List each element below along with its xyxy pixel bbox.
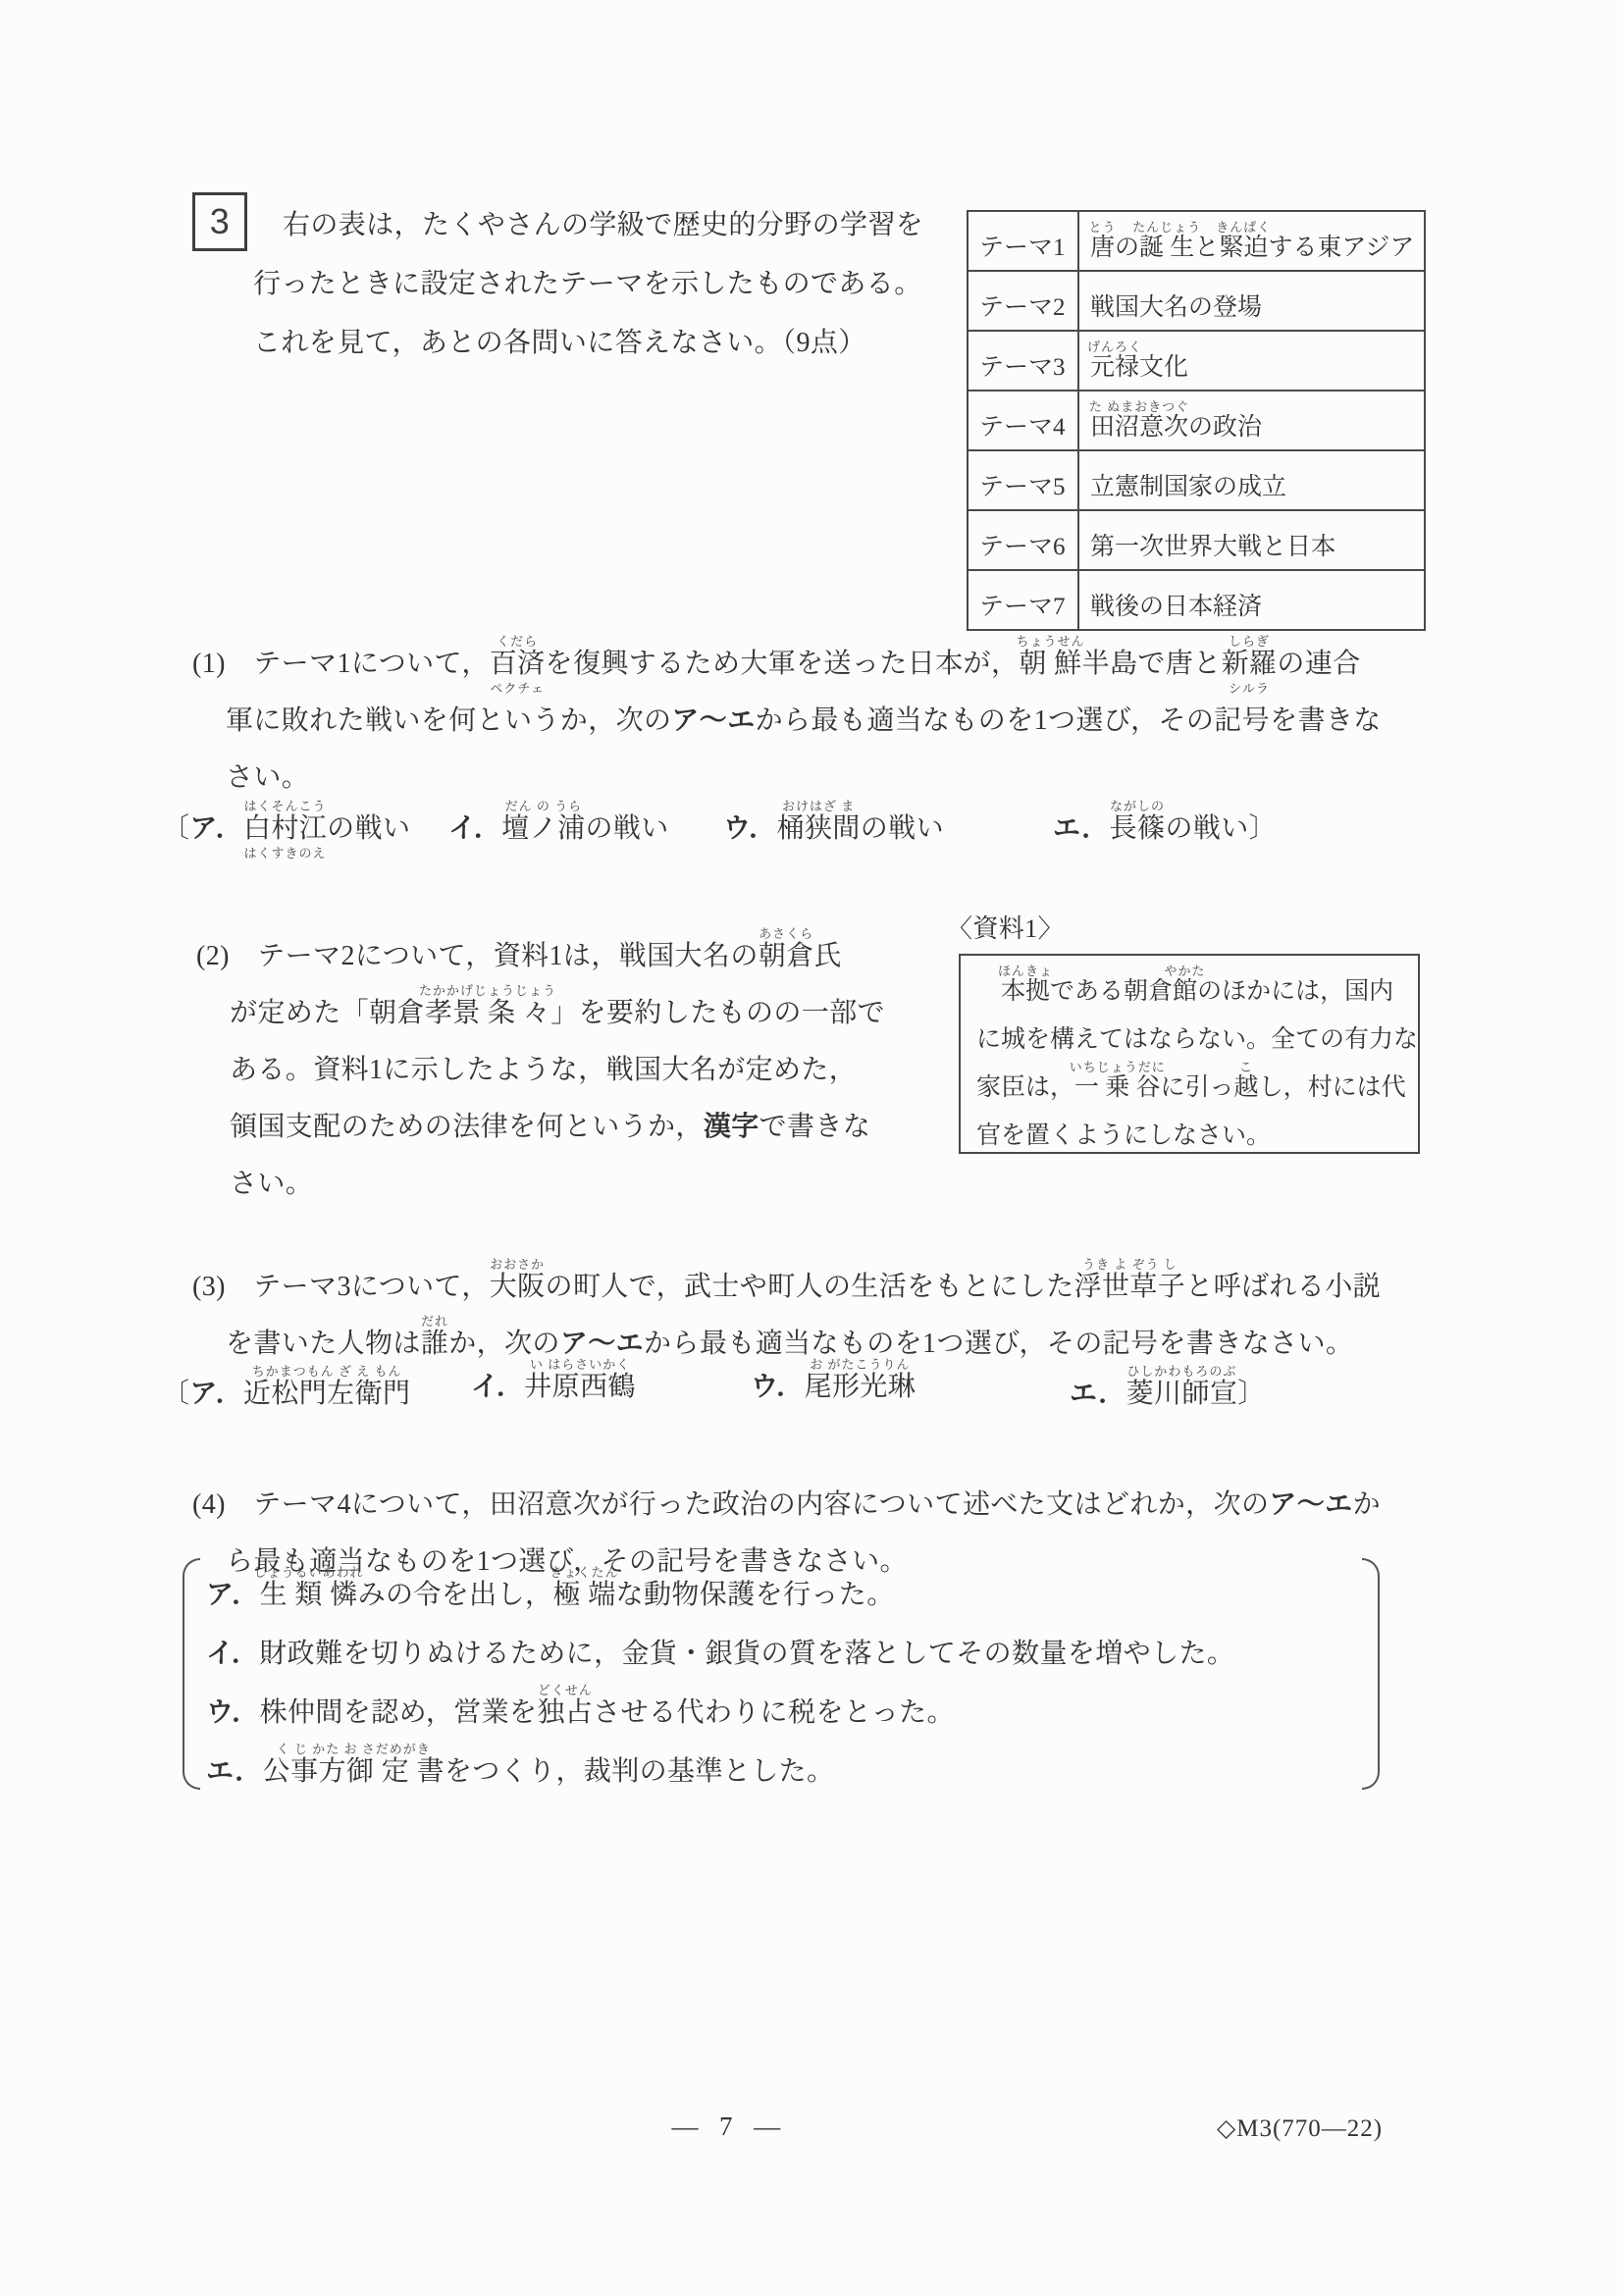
option-a: ア．生 類 憐しょうるいあわれみの令を出し，極 端きょくたんな動物保護を行った。 (206, 1566, 1234, 1625)
theme-row: テーマ2戦国大名の登場 (968, 271, 1425, 331)
document-code: ◇M3(770—22) (1217, 2113, 1383, 2143)
question-2: (2) テーマ2について，資料1は，戦国大名の朝倉あさくら氏 が定めた「朝倉孝景… (196, 928, 885, 1213)
theme-title: 立憲制国家の成立 (1078, 450, 1425, 510)
question-4-line: (4) テーマ4について，田沼意次が行った政治の内容について述べた文はどれか，次… (192, 1477, 1381, 1534)
question-number-box: 3 (192, 192, 247, 251)
theme-label: テーマ4 (968, 391, 1078, 450)
option-i: イ．壇ノ浦だん の うらの戦い (448, 807, 669, 846)
option-a: 〔ア．近松門左衛門ちかまつもん ざ え もん (162, 1372, 410, 1411)
theme-title: 戦後の日本経済 (1078, 570, 1425, 630)
source-1-box: 本拠ほんきょである朝倉館やかたのほかには，国内 に城を構えてはならない。全ての有… (959, 954, 1420, 1154)
theme-label: テーマ1 (968, 211, 1078, 271)
intro-line: 右の表は，たくやさんの学級で歴史的分野の学習を (253, 196, 923, 255)
option-u: ウ．尾形光琳お がたこうりん (751, 1372, 916, 1403)
question-3: (3) テーマ3について，大阪おおさかの町人で，武士や町人の生活をもとにした浮世… (192, 1259, 1381, 1373)
theme-label: テーマ7 (968, 570, 1078, 630)
question-3-options: 〔ア．近松門左衛門ちかまつもん ざ え もん イ．井原西鶴い はらさいかく ウ．… (162, 1372, 1496, 1415)
theme-label: テーマ2 (968, 271, 1078, 331)
theme-row: テーマ5立憲制国家の成立 (968, 450, 1425, 510)
option-u: ウ．株仲間を認め，営業を独占どくせんさせる代わりに税をとった。 (206, 1684, 1234, 1743)
question-2-line: ある。資料1に示したような，戦国大名が定めた， (230, 1042, 885, 1099)
question-2-line: が定めた「朝倉孝景 条 々たかかげじょうじょう」を要約したものの一部で (230, 985, 885, 1042)
question-1-line: (1) テーマ1について，百済くだらペクチェを復興するため大軍を送った日本が，朝… (192, 636, 1382, 693)
themes-table: テーマ1唐とうの誕 生たんじょうと緊迫きんぱくする東アジア テーマ2戦国大名の登… (967, 210, 1426, 631)
question-1-line: 軍に敗れた戦いを何というか，次のア～エから最も適当なものを1つ選び，その記号を書… (226, 693, 1382, 750)
source-1-line: 家臣は，一 乗 谷いちじょうだにに引っ越こし，村には代 (976, 1064, 1418, 1112)
theme-title: 戦国大名の登場 (1078, 271, 1425, 331)
question-3-line: (3) テーマ3について，大阪おおさかの町人で，武士や町人の生活をもとにした浮世… (192, 1259, 1381, 1316)
source-1-line: に城を構えてはならない。全ての有力な (976, 1016, 1418, 1064)
intro-line: 行ったときに設定されたテーマを示したものである。 (253, 255, 923, 314)
option-i: イ．財政難を切りぬけるために，金貨・銀貨の質を落としてその数量を増やした。 (206, 1625, 1234, 1684)
theme-row: テーマ4田沼意次た ぬまおきつぐの政治 (968, 391, 1425, 450)
theme-label: テーマ6 (968, 510, 1078, 570)
theme-title: 唐とうの誕 生たんじょうと緊迫きんぱくする東アジア (1078, 211, 1425, 271)
theme-row: テーマ6第一次世界大戦と日本 (968, 510, 1425, 570)
theme-title: 元禄げんろく文化 (1078, 331, 1425, 391)
option-e: エ．菱川師宣ひしかわもろのぶ〕 (1070, 1372, 1266, 1411)
option-e: エ．公事方御 定 書く じ かた お さだめがきをつくり，裁判の基準とした。 (206, 1743, 1234, 1801)
theme-label: テーマ5 (968, 450, 1078, 510)
source-1-line: 本拠ほんきょである朝倉館やかたのほかには，国内 (976, 967, 1418, 1016)
question-1: (1) テーマ1について，百済くだらペクチェを復興するため大軍を送った日本が，朝… (192, 636, 1382, 807)
question-2-line: 領国支配のための法律を何というか，漢字で書きな (230, 1099, 885, 1156)
option-e: エ．長篠ながしのの戦い〕 (1053, 807, 1277, 846)
question-2-line: (2) テーマ2について，資料1は，戦国大名の朝倉あさくら氏 (196, 928, 885, 985)
theme-row: テーマ3元禄げんろく文化 (968, 331, 1425, 391)
question-1-options: 〔ア．白村江はくそんこうはくすきのえの戦い イ．壇ノ浦だん の うらの戦い ウ．… (162, 807, 1496, 850)
intro-line: これを見て，あとの各問いに答えなさい。（9点） (253, 314, 923, 373)
question-4-options: ア．生 類 憐しょうるいあわれみの令を出し，極 端きょくたんな動物保護を行った。… (206, 1566, 1234, 1801)
option-u: ウ．桶狭間おけはざ まの戦い (723, 807, 944, 846)
exam-page: 3 右の表は，たくやさんの学級で歴史的分野の学習を 行ったときに設定されたテーマ… (0, 0, 1623, 2296)
question-2-line: さい。 (230, 1156, 885, 1213)
theme-title: 田沼意次た ぬまおきつぐの政治 (1078, 391, 1425, 450)
option-i: イ．井原西鶴い はらさいかく (471, 1372, 636, 1403)
page-number: — 7 — (618, 2112, 834, 2142)
source-1-label: 〈資料1〉 (947, 909, 1064, 945)
option-a: 〔ア．白村江はくそんこうはくすきのえの戦い (162, 807, 410, 846)
theme-title: 第一次世界大戦と日本 (1078, 510, 1425, 570)
theme-row: テーマ1唐とうの誕 生たんじょうと緊迫きんぱくする東アジア (968, 211, 1425, 271)
source-1-line: 官を置くようにしなさい。 (976, 1112, 1418, 1160)
theme-label: テーマ3 (968, 331, 1078, 391)
options-bracket-left (183, 1558, 200, 1790)
theme-row: テーマ7戦後の日本経済 (968, 570, 1425, 630)
options-bracket-right (1362, 1558, 1380, 1790)
intro-paragraph: 右の表は，たくやさんの学級で歴史的分野の学習を 行ったときに設定されたテーマを示… (253, 196, 923, 373)
